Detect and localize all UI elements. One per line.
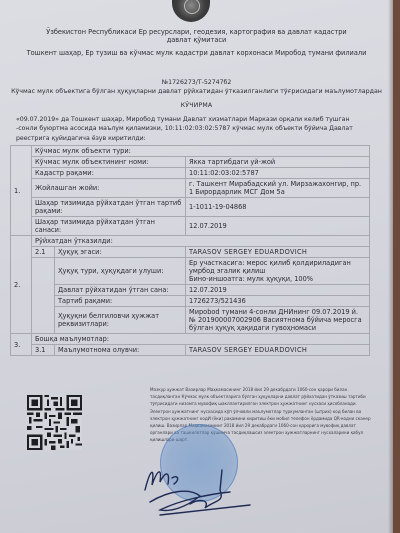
field-label: Кадастр рақами: (32, 168, 186, 179)
field-value: 1-1011-19-04868 (186, 198, 370, 217)
table-row: 2.1 Ҳуқуқ эгаси: TARASOV SERGEY EDUARDOV… (11, 247, 370, 258)
subsection-number: 3.1 (32, 345, 55, 356)
document-title: КЎЧИРМА (0, 102, 393, 109)
section-heading: Рўйхатдан ўтказилди: (32, 236, 370, 247)
document-page: Ўзбекистон Республикаси Ер ресурслари, г… (0, 0, 393, 533)
document-subtitle: Кўчмас мулк объектига бўлган ҳуқуқларни … (0, 88, 393, 95)
field-value: 12.07.2019 (186, 285, 370, 296)
table-row: Кадастр рақами: 10:11:02:03:02:5787 (11, 168, 370, 179)
field-label: Кўчмас мулк объектининг номи: (32, 157, 186, 168)
field-value: Мирobod тумани 4-сонли ДНИнинг 09.07.201… (186, 307, 370, 334)
field-value: Ер участкасига: мерос қилиб қолдириладиг… (186, 258, 370, 285)
section-number: 1. (11, 146, 32, 236)
section-number: 3. (11, 334, 32, 356)
branch-name: Тошкент шаҳар, Ер тузиш ва кўчмас мулк к… (0, 49, 393, 57)
table-row: 3.1 Маълумотнома олувчи: TARASOV SERGEY … (11, 345, 370, 356)
field-label: Шаҳар тизимида рўйхатдан ўтган санаси: (32, 217, 186, 236)
field-label: Ҳуқуқни белгиловчи ҳужжат реквизитлари: (55, 307, 186, 334)
field-value: г. Ташкент Мирабадский ул. Мирзажахонгир… (186, 179, 370, 198)
table-row: Давлат рўйхатидан ўтган сана: 12.07.2019 (11, 285, 370, 296)
qr-code-icon (27, 395, 82, 450)
field-label: Шаҳар тизимида рўйхатдан ўтган тартиб ра… (32, 198, 186, 217)
section-number: 2. (11, 236, 32, 334)
field-label: Ҳуқуқ эгаси: (55, 247, 186, 258)
table-row: 1. Кўчмас мулк объекти тури: (11, 146, 370, 157)
table-row: Кўчмас мулк объектининг номи: Якка тарти… (11, 157, 370, 168)
table-row: Жойлашган жойи: г. Ташкент Мирабадский у… (11, 179, 370, 198)
field-label: Тартиб рақами: (55, 296, 186, 307)
field-label: Давлат рўйхатидан ўтган сана: (55, 285, 186, 296)
subsection-number: 2.1 (32, 247, 55, 258)
state-emblem-icon (172, 0, 210, 22)
field-label: Ҳуқуқ тури, ҳуқуқдаги улуши: (55, 258, 186, 285)
field-label: Жойлашган жойи: (32, 179, 186, 198)
field-label: Маълумотнома олувчи: (55, 345, 186, 356)
recipient-name: TARASOV SERGEY EDUARDOVICH (186, 345, 370, 356)
table-row: Шаҳар тизимида рўйхатдан ўтган санаси: 1… (11, 217, 370, 236)
paper-edge (388, 0, 393, 533)
registry-table: 1. Кўчмас мулк объекти тури: Кўчмас мулк… (10, 145, 370, 356)
intro-paragraph: «09.07.2019» да Тошкент шаҳар, Миробод т… (16, 115, 372, 143)
table-row: Ҳуқуқни белгиловчи ҳужжат реквизитлари: … (11, 307, 370, 334)
table-row: Шаҳар тизимида рўйхатдан ўтган тартиб ра… (11, 198, 370, 217)
table-row: Тартиб рақами: 1726273/521436 (11, 296, 370, 307)
agency-name: Ўзбекистон Республикаси Ер ресурслари, г… (0, 28, 393, 44)
table-row: 2. Рўйхатдан ўтказилди: (11, 236, 370, 247)
owner-name: TARASOV SERGEY EDUARDOVICH (186, 247, 370, 258)
field-value: 12.07.2019 (186, 217, 370, 236)
field-value: 1726273/521436 (186, 296, 370, 307)
subsection-spacer (32, 258, 55, 334)
section-heading: Бошқа маълумотлар: (32, 334, 370, 345)
signature-icon (130, 460, 270, 520)
table-row: 3. Бошқа маълумотлар: (11, 334, 370, 345)
field-value: Якка тартибдаги уй-жой (186, 157, 370, 168)
table-row: Ҳуқуқ тури, ҳуқуқдаги улуши: Ер участкас… (11, 258, 370, 285)
field-value: 10:11:02:03:02:5787 (186, 168, 370, 179)
section-heading: Кўчмас мулк объекти тури: (32, 146, 370, 157)
document-number: №1726273/Т-52747б2 (0, 79, 393, 86)
